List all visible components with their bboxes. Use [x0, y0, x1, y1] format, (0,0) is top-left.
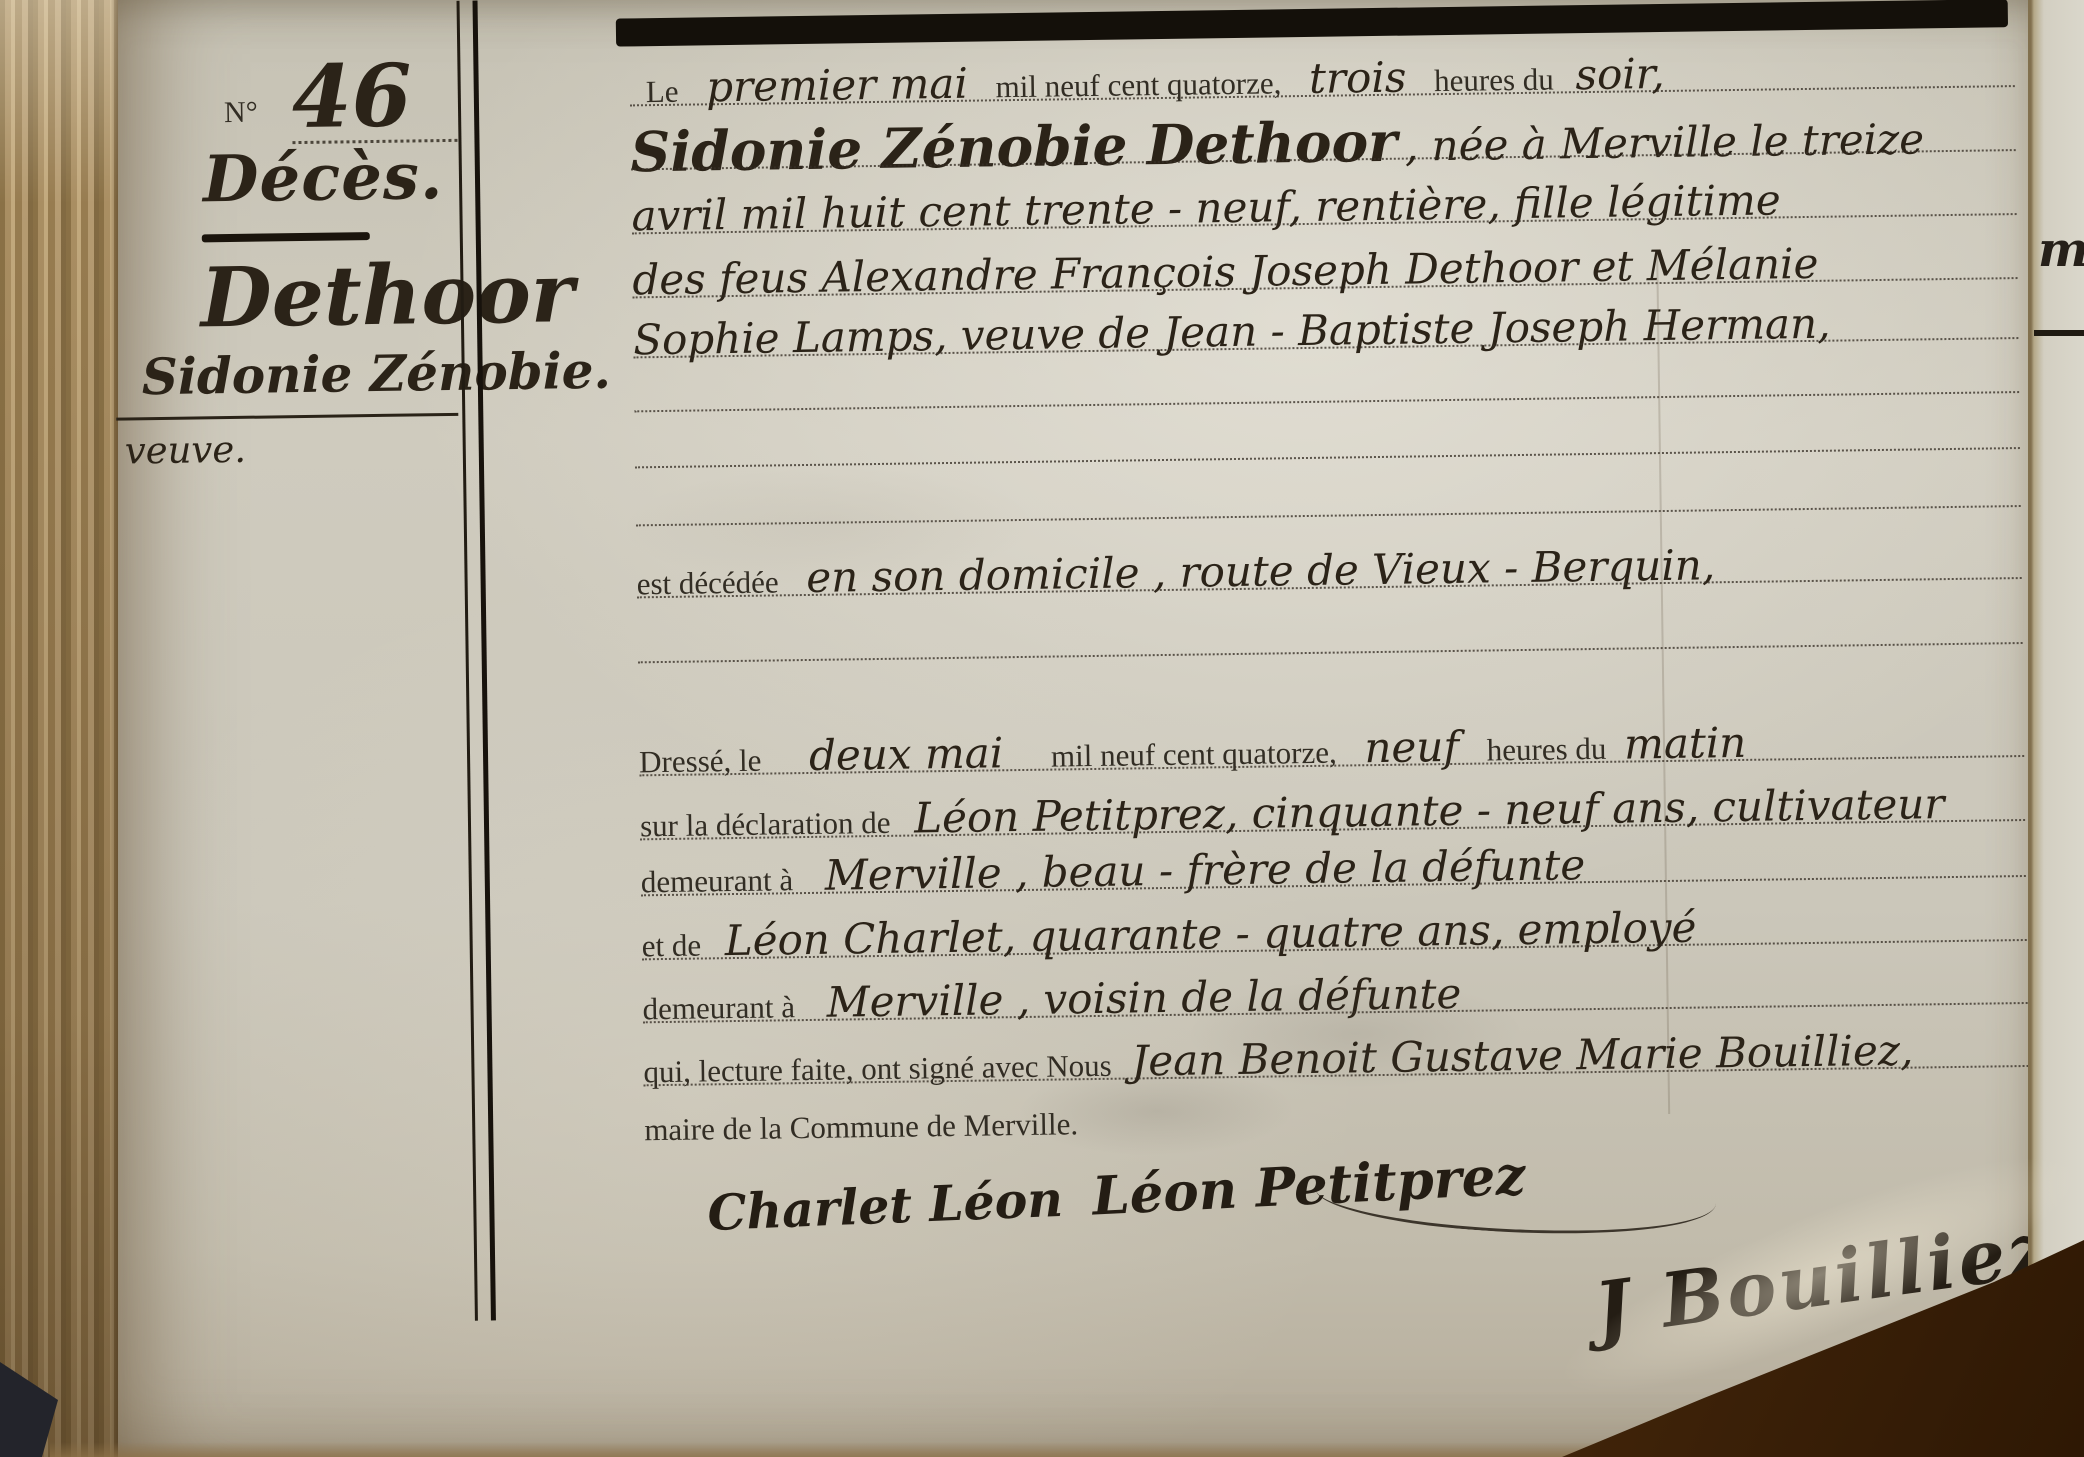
handwritten-birth-place: , née à Merville le treize	[1405, 114, 1925, 170]
handwritten-time-of-day: soir,	[1575, 49, 1665, 99]
paper-stain	[617, 463, 1039, 589]
act-top-border-bar	[616, 0, 2008, 47]
adjacent-page-rule-fragment	[2034, 330, 2084, 336]
deceased-given-names: Sidonie Zénobie.	[141, 341, 611, 407]
death-register-photo: N° 46 Décès. Dethoor Sidonie Zénobie. ve…	[0, 0, 2084, 1457]
signature-charlet-leon: Charlet Léon	[706, 1170, 1064, 1242]
act-line-date-of-death: Le premier mai mil neuf cent quatorze, t…	[629, 41, 2015, 116]
printed-text: Dressé, le	[639, 743, 762, 780]
column-divider-double-rule	[457, 1, 496, 1321]
margin-horizontal-rule	[116, 413, 458, 421]
handwritten-deceased-name: Sidonie Zénobie Dethoor	[630, 109, 1397, 185]
record-number: 46	[291, 45, 412, 148]
act-line-declarant-2: et de Léon Charlet, quarante - quatre an…	[641, 895, 2027, 970]
handwritten-declarant-1: Léon Petitprez, cinquante - neuf ans, cu…	[914, 779, 1945, 842]
handwritten-record-hour: neuf	[1364, 722, 1459, 772]
handwritten-birth-date-profession: avril mil huit cent trente - neuf, renti…	[631, 175, 1781, 240]
ink-bleed-smudge	[1015, 1064, 1296, 1158]
handwritten-father-name: des feus Alexandre François Joseph Detho…	[632, 239, 1819, 305]
handwritten-record-date: deux mai	[809, 728, 1004, 780]
blank-rule-line	[637, 598, 2023, 673]
handwritten-declarant-1-residence: Merville , beau - frère de la défunte	[825, 840, 1586, 900]
printed-text: heures du	[1486, 731, 1606, 768]
deceased-surname: Dethoor	[200, 245, 575, 346]
signature-leon-petitprez: Léon Petitprez	[1091, 1144, 1527, 1227]
act-type-underline	[202, 232, 370, 242]
printed-text: demeurant à	[642, 989, 795, 1026]
record-number-label: N°	[224, 96, 258, 130]
printed-text: et de	[641, 927, 701, 963]
act-type-heading: Décès.	[202, 139, 443, 217]
marital-status-note: veuve.	[124, 428, 246, 473]
printed-text: heures du	[1434, 62, 1554, 99]
handwritten-hour: trois	[1309, 53, 1407, 103]
adjacent-page-text-fragment: m	[2038, 222, 2084, 278]
page-stack-bottom-edge	[50, 1442, 1610, 1457]
act-line-drawn-up-date: Dressé, le deux mai mil neuf cent quator…	[639, 711, 2025, 786]
printed-text: mil neuf cent quatorze,	[1051, 735, 1337, 774]
handwritten-death-date: premier mai	[706, 59, 968, 112]
printed-text: sur la déclaration de	[640, 805, 891, 843]
handwritten-declarant-2: Léon Charlet, quarante - quatre ans, emp…	[724, 903, 1696, 966]
printed-text: demeurant à	[641, 862, 794, 899]
printed-text: Le	[646, 74, 679, 109]
adjacent-page-sliver: m	[2028, 0, 2084, 1457]
handwritten-record-time-of-day: matin	[1624, 718, 1747, 769]
act-line-deceased-name: Sidonie Zénobie Dethoor , née à Merville…	[630, 105, 2016, 180]
printed-text: maire de la Commune de Merville.	[644, 1106, 1078, 1147]
printed-text: mil neuf cent quatorze,	[995, 65, 1281, 104]
